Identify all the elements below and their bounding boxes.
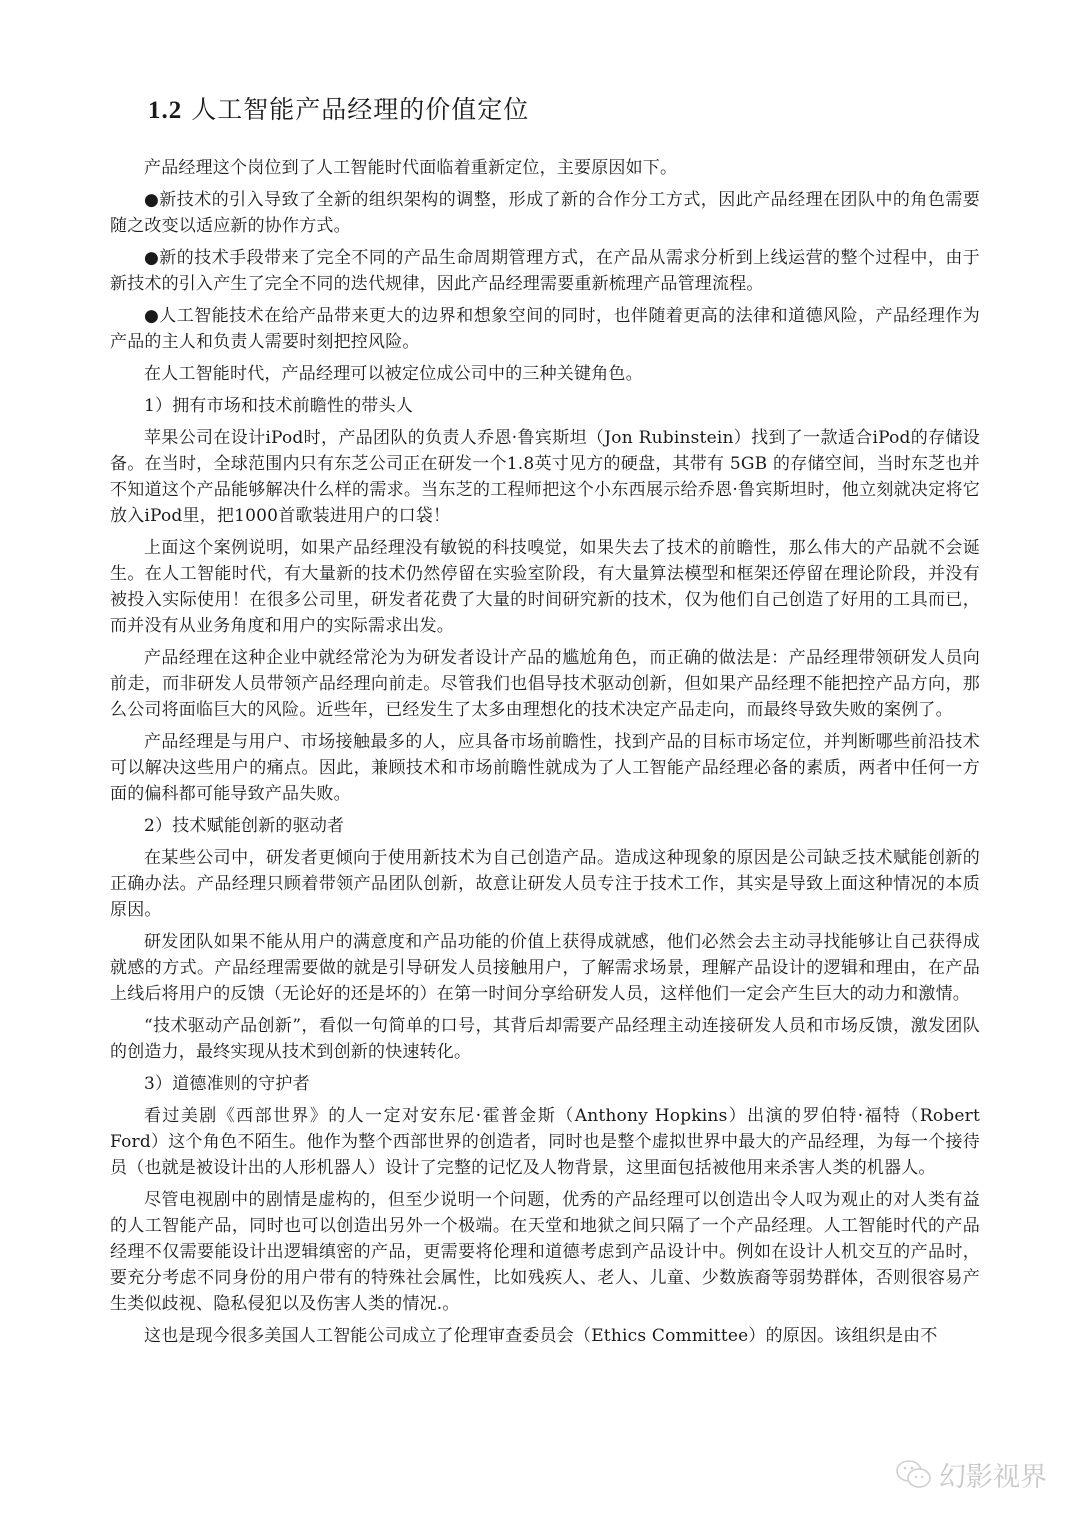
- paragraph-ethics: 尽管电视剧中的剧情是虚构的，但至少说明一个问题，优秀的产品经理可以创造出令人叹为…: [110, 1187, 980, 1317]
- subheading-2: 2）技术赋能创新的驱动者: [110, 813, 980, 839]
- bullet-3: ●人工智能技术在给产品带来更大的边界和想象空间的同时，也伴随着更高的法律和道德风…: [110, 303, 980, 355]
- watermark: 幻影视界: [895, 1455, 1047, 1494]
- paragraph-rd: 在某些公司中，研发者更倾向于使用新技术为自己创造产品。造成这种现象的原因是公司缺…: [110, 845, 980, 923]
- section-title: 人工智能产品经理的价值定位: [191, 95, 529, 124]
- wechat-icon: [895, 1459, 933, 1491]
- paragraph-ipod: 苹果公司在设计iPod时，产品团队的负责人乔恩·鲁宾斯坦（Jon Rubinst…: [110, 425, 980, 529]
- bullet-1: ●新技术的引入导致了全新的组织架构的调整，形成了新的合作分工方式，因此产品经理在…: [110, 187, 980, 239]
- watermark-text: 幻影视界: [939, 1455, 1047, 1494]
- paragraph-awkward: 产品经理在这种企业中就经常沦为为研发者设计产品的尴尬角色，而正确的做法是：产品经…: [110, 645, 980, 723]
- section-heading: 1.2 人工智能产品经理的价值定位: [148, 92, 980, 129]
- paragraph-slogan: “技术驱动产品创新”，看似一句简单的口号，其背后却需要产品经理主动连接研发人员和…: [110, 1013, 980, 1065]
- paragraph-market: 产品经理是与用户、市场接触最多的人，应具备市场前瞻性，找到产品的目标市场定位，并…: [110, 729, 980, 807]
- paragraph-westworld: 看过美剧《西部世界》的人一定对安东尼·霍普金斯（Anthony Hopkins）…: [110, 1103, 980, 1181]
- subheading-3: 3）道德准则的守护者: [110, 1071, 980, 1097]
- bullet-2: ●新的技术手段带来了完全不同的产品生命周期管理方式，在产品从需求分析到上线运营的…: [110, 245, 980, 297]
- paragraph-committee: 这也是现今很多美国人工智能公司成立了伦理审查委员会（Ethics Committ…: [110, 1323, 980, 1349]
- paragraph-team: 研发团队如果不能从用户的满意度和产品功能的价值上获得成就感，他们必然会去主动寻找…: [110, 929, 980, 1007]
- document-page: 1.2 人工智能产品经理的价值定位 产品经理这个岗位到了人工智能时代面临着重新定…: [110, 92, 980, 1355]
- subheading-1: 1）拥有市场和技术前瞻性的带头人: [110, 393, 980, 419]
- paragraph-roles: 在人工智能时代，产品经理可以被定位成公司中的三种关键角色。: [110, 361, 980, 387]
- paragraph-case: 上面这个案例说明，如果产品经理没有敏锐的科技嗅觉，如果失去了技术的前瞻性，那么伟…: [110, 535, 980, 639]
- section-number: 1.2: [148, 97, 182, 124]
- paragraph-intro: 产品经理这个岗位到了人工智能时代面临着重新定位，主要原因如下。: [110, 155, 980, 181]
